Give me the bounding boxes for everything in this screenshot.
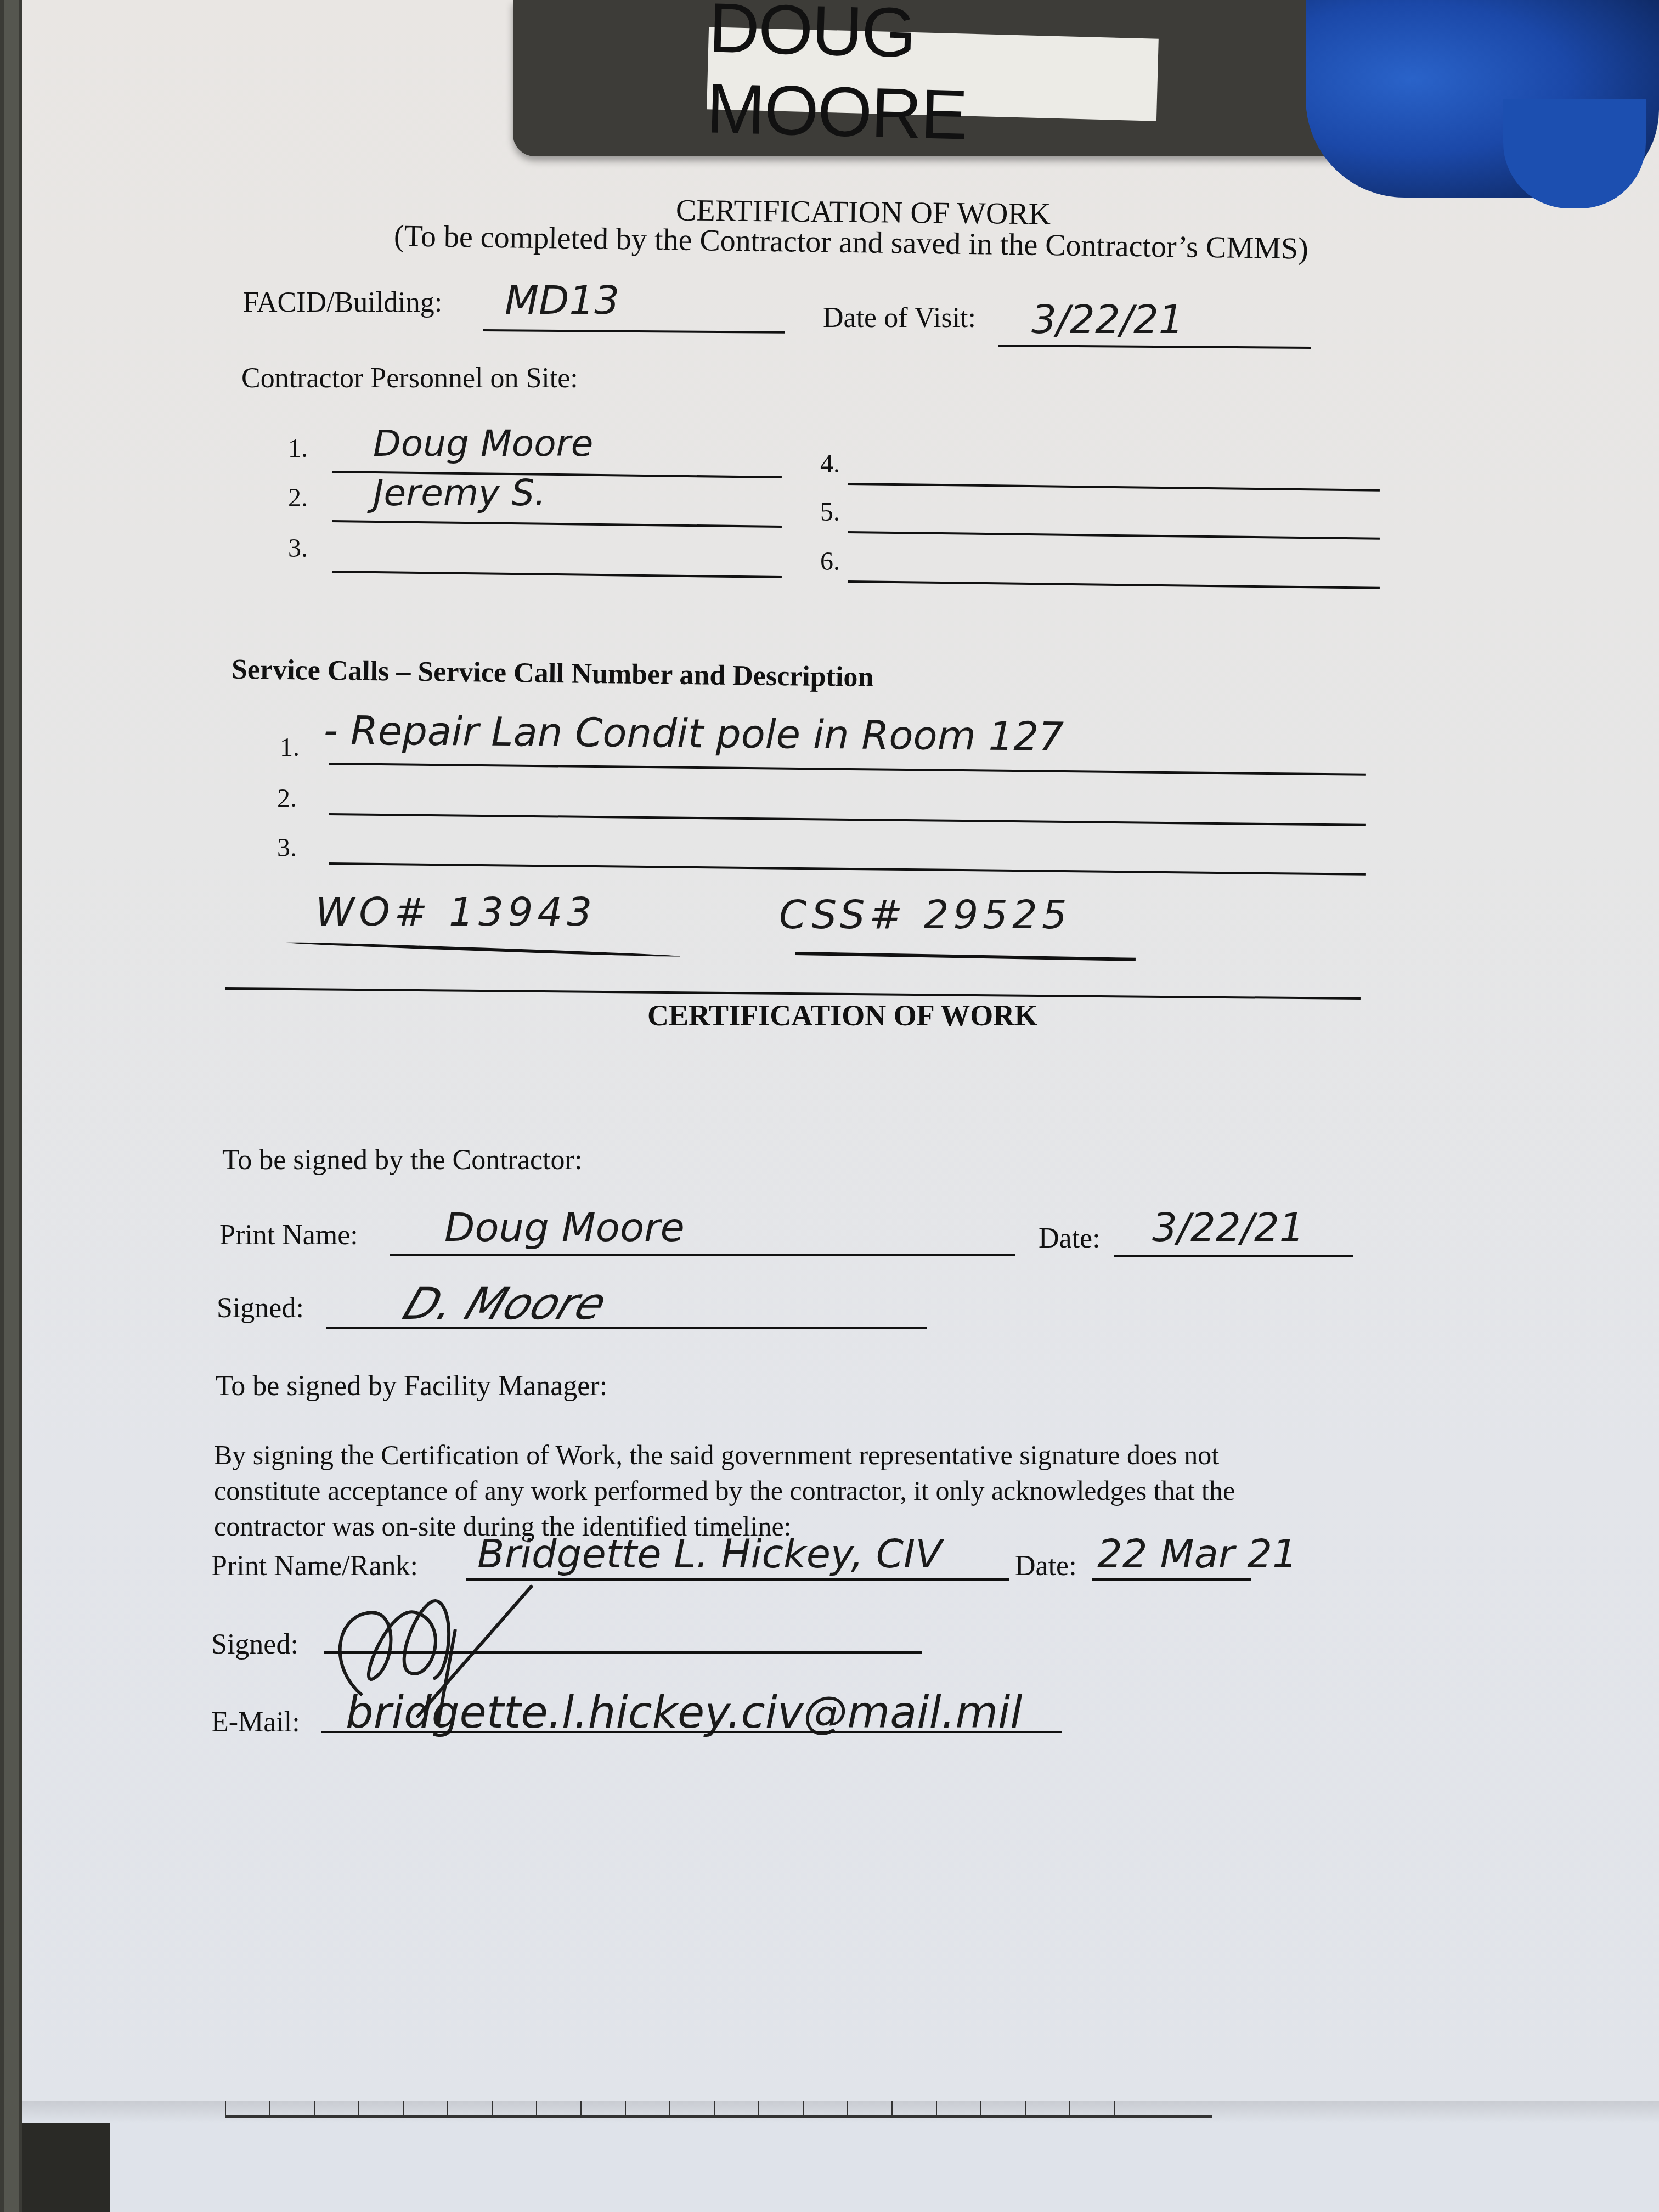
contractor-date-value[interactable]: 3/22/21 bbox=[1152, 1204, 1305, 1250]
clipboard-clip: DOUG MOORE bbox=[513, 0, 1374, 156]
contractor-section-heading: To be signed by the Contractor: bbox=[222, 1144, 582, 1176]
contractor-signed-label: Signed: bbox=[217, 1292, 304, 1324]
personnel-1-value[interactable]: Doug Moore bbox=[373, 422, 593, 465]
facility-section-heading: To be signed by Facility Manager: bbox=[216, 1370, 607, 1402]
service-call-1-num: 1. bbox=[280, 732, 300, 763]
personnel-1-num: 1. bbox=[288, 433, 308, 464]
personnel-3-num: 3. bbox=[288, 533, 308, 563]
css-number[interactable]: CSS# 29525 bbox=[779, 891, 1071, 938]
work-order-number[interactable]: WO# 13943 bbox=[315, 889, 596, 935]
contractor-print-name-label: Print Name: bbox=[219, 1219, 358, 1251]
clipboard-edge bbox=[4, 0, 19, 2212]
personnel-label: Contractor Personnel on Site: bbox=[241, 362, 578, 394]
contractor-signed-underline bbox=[326, 1327, 927, 1329]
service-call-3-num: 3. bbox=[277, 833, 297, 863]
facility-date-underline bbox=[1092, 1578, 1251, 1581]
facility-date-value[interactable]: 22 Mar 21 bbox=[1097, 1531, 1297, 1577]
contractor-date-underline bbox=[1114, 1255, 1353, 1257]
date-of-visit-label: Date of Visit: bbox=[823, 302, 976, 334]
personnel-6-num: 6. bbox=[820, 546, 840, 577]
facility-disclaimer: By signing the Certification of Work, th… bbox=[214, 1437, 1421, 1544]
ruled-strip bbox=[225, 2101, 1212, 2118]
facility-date-label: Date: bbox=[1015, 1550, 1077, 1582]
certification-heading: CERTIFICATION OF WORK bbox=[647, 998, 1037, 1032]
facility-signed-label: Signed: bbox=[211, 1628, 298, 1661]
facility-email-underline bbox=[321, 1731, 1062, 1733]
date-of-visit-value[interactable]: 3/22/21 bbox=[1031, 296, 1184, 342]
personnel-4-num: 4. bbox=[820, 449, 840, 479]
personnel-2-num: 2. bbox=[288, 483, 308, 513]
paper-underneath bbox=[110, 2118, 1659, 2212]
disclaimer-line-1: By signing the Certification of Work, th… bbox=[214, 1437, 1421, 1473]
facid-value[interactable]: MD13 bbox=[505, 277, 619, 323]
facid-label: FACID/Building: bbox=[243, 286, 442, 319]
contractor-print-name-underline bbox=[390, 1254, 1015, 1256]
personnel-2-value[interactable]: Jeremy S. bbox=[373, 472, 546, 514]
contractor-print-name-value[interactable]: Doug Moore bbox=[444, 1204, 685, 1250]
name-plate: DOUG MOORE bbox=[707, 27, 1159, 121]
service-call-2-num: 2. bbox=[277, 783, 297, 814]
facility-email-label: E-Mail: bbox=[211, 1706, 300, 1739]
contractor-signature[interactable]: D. Moore bbox=[397, 1278, 613, 1329]
contractor-date-label: Date: bbox=[1039, 1222, 1101, 1255]
facility-signed-underline bbox=[324, 1651, 922, 1654]
disclaimer-line-2: constitute acceptance of any work perfor… bbox=[214, 1473, 1421, 1509]
service-call-1-value[interactable]: - Repair Lan Condit pole in Room 127 bbox=[324, 707, 1064, 760]
personnel-5-num: 5. bbox=[820, 497, 840, 527]
clipboard-frame bbox=[0, 0, 22, 2212]
